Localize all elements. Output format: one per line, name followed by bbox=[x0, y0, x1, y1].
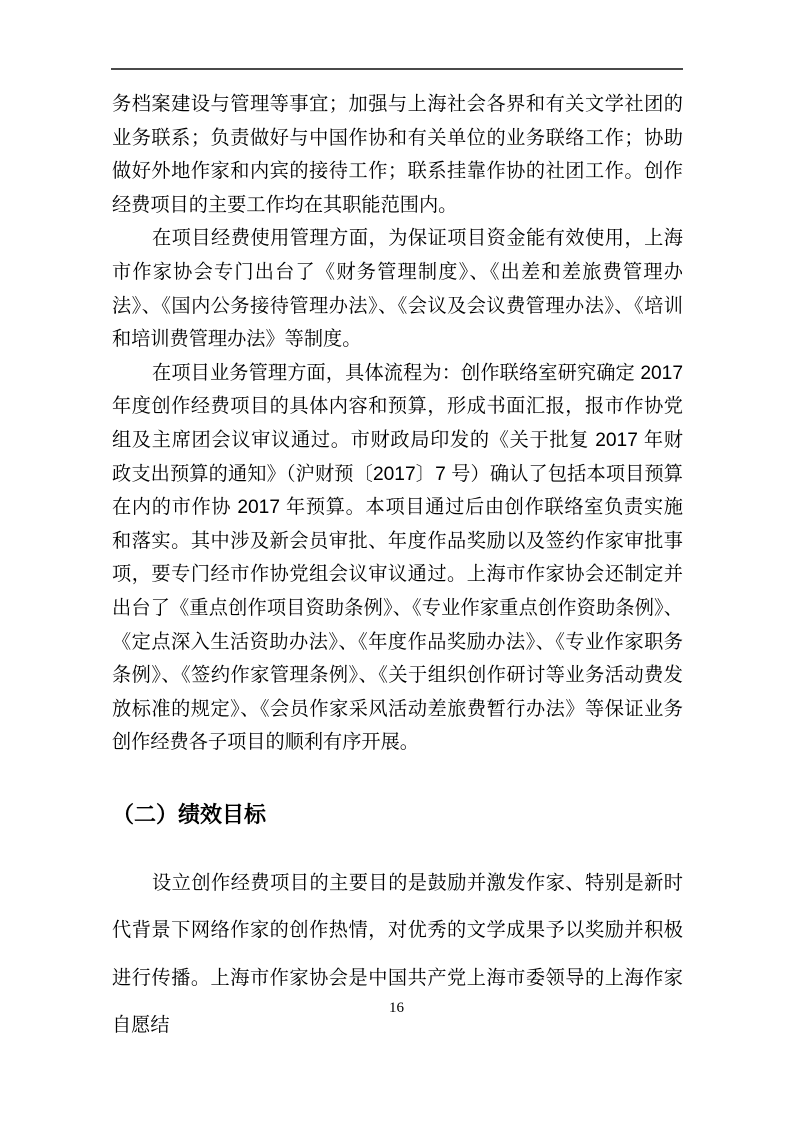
body-paragraph-funds-management: 在项目经费使用管理方面，为保证项目资金能有效使用，上海市作家协会专门出台了《财务… bbox=[112, 222, 683, 356]
page-header-divider bbox=[111, 68, 683, 70]
document-body: 务档案建设与管理等事宜；加强与上海社会各界和有关文学社团的业务联系；负责做好与中… bbox=[112, 88, 683, 1050]
page-footer: 16 bbox=[0, 999, 793, 1017]
body-paragraph-business-management: 在项目业务管理方面，具体流程为：创作联络室研究确定 2017 年度创作经费项目的… bbox=[112, 357, 683, 760]
document-page: 务档案建设与管理等事宜；加强与上海社会各界和有关文学社团的业务联系；负责做好与中… bbox=[0, 0, 793, 1122]
body-paragraph-performance-goal: 设立创作经费项目的主要目的是鼓励并激发作家、特别是新时代背景下网络作家的创作热情… bbox=[112, 860, 683, 1050]
page-number: 16 bbox=[389, 1000, 404, 1016]
section-heading-performance-goals: （二）绩效目标 bbox=[112, 799, 683, 831]
body-paragraph-continuation: 务档案建设与管理等事宜；加强与上海社会各界和有关文学社团的业务联系；负责做好与中… bbox=[112, 88, 683, 222]
